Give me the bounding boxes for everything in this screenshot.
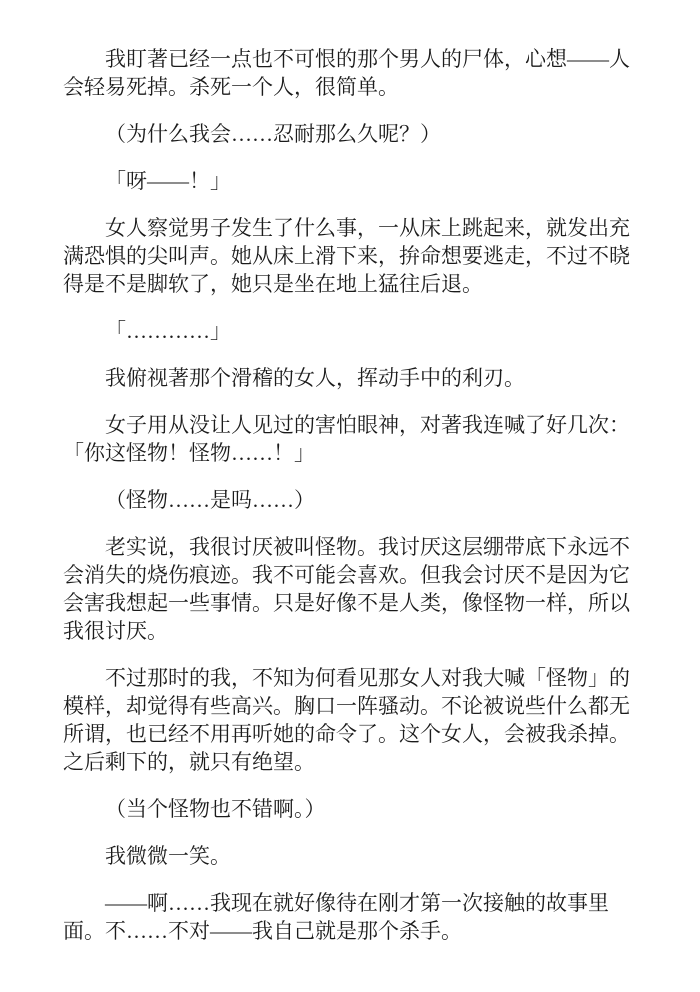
paragraph-thought-1: （为什么我会……忍耐那么久呢？） — [63, 120, 638, 148]
paragraph-narration-7: 我微微一笑。 — [63, 842, 638, 870]
paragraph-narration-4: 女子用从没让人见过的害怕眼神，对著我连喊了好几次：「你这怪物！怪物……！」 — [63, 411, 638, 467]
paragraph-narration-2: 女人察觉男子发生了什么事，一从床上跳起来，就发出充满恐惧的尖叫声。她从床上滑下来… — [63, 214, 638, 298]
novel-page: 我盯著已经一点也不可恨的那个男人的尸体，心想——人会轻易死掉。杀死一个人，很简单… — [0, 0, 700, 992]
paragraph-dialogue-2: 「…………」 — [63, 317, 638, 345]
paragraph-dialogue-1: 「呀——！」 — [63, 167, 638, 195]
paragraph-narration-1: 我盯著已经一点也不可恨的那个男人的尸体，心想——人会轻易死掉。杀死一个人，很简单… — [63, 45, 638, 101]
paragraph-thought-3: （当个怪物也不错啊。） — [63, 795, 638, 823]
text-content: 我盯著已经一点也不可恨的那个男人的尸体，心想——人会轻易死掉。杀死一个人，很简单… — [63, 45, 638, 945]
paragraph-narration-8: ——啊……我现在就好像待在刚才第一次接触的故事里面。不……不对——我自己就是那个… — [63, 889, 638, 945]
paragraph-thought-2: （怪物……是吗……） — [63, 486, 638, 514]
paragraph-narration-5: 老实说，我很讨厌被叫怪物。我讨厌这层绷带底下永远不会消失的烧伤痕迹。我不可能会喜… — [63, 533, 638, 645]
paragraph-narration-3: 我俯视著那个滑稽的女人，挥动手中的利刃。 — [63, 364, 638, 392]
paragraph-narration-6: 不过那时的我，不知为何看见那女人对我大喊「怪物」的模样，却觉得有些高兴。胸口一阵… — [63, 664, 638, 776]
